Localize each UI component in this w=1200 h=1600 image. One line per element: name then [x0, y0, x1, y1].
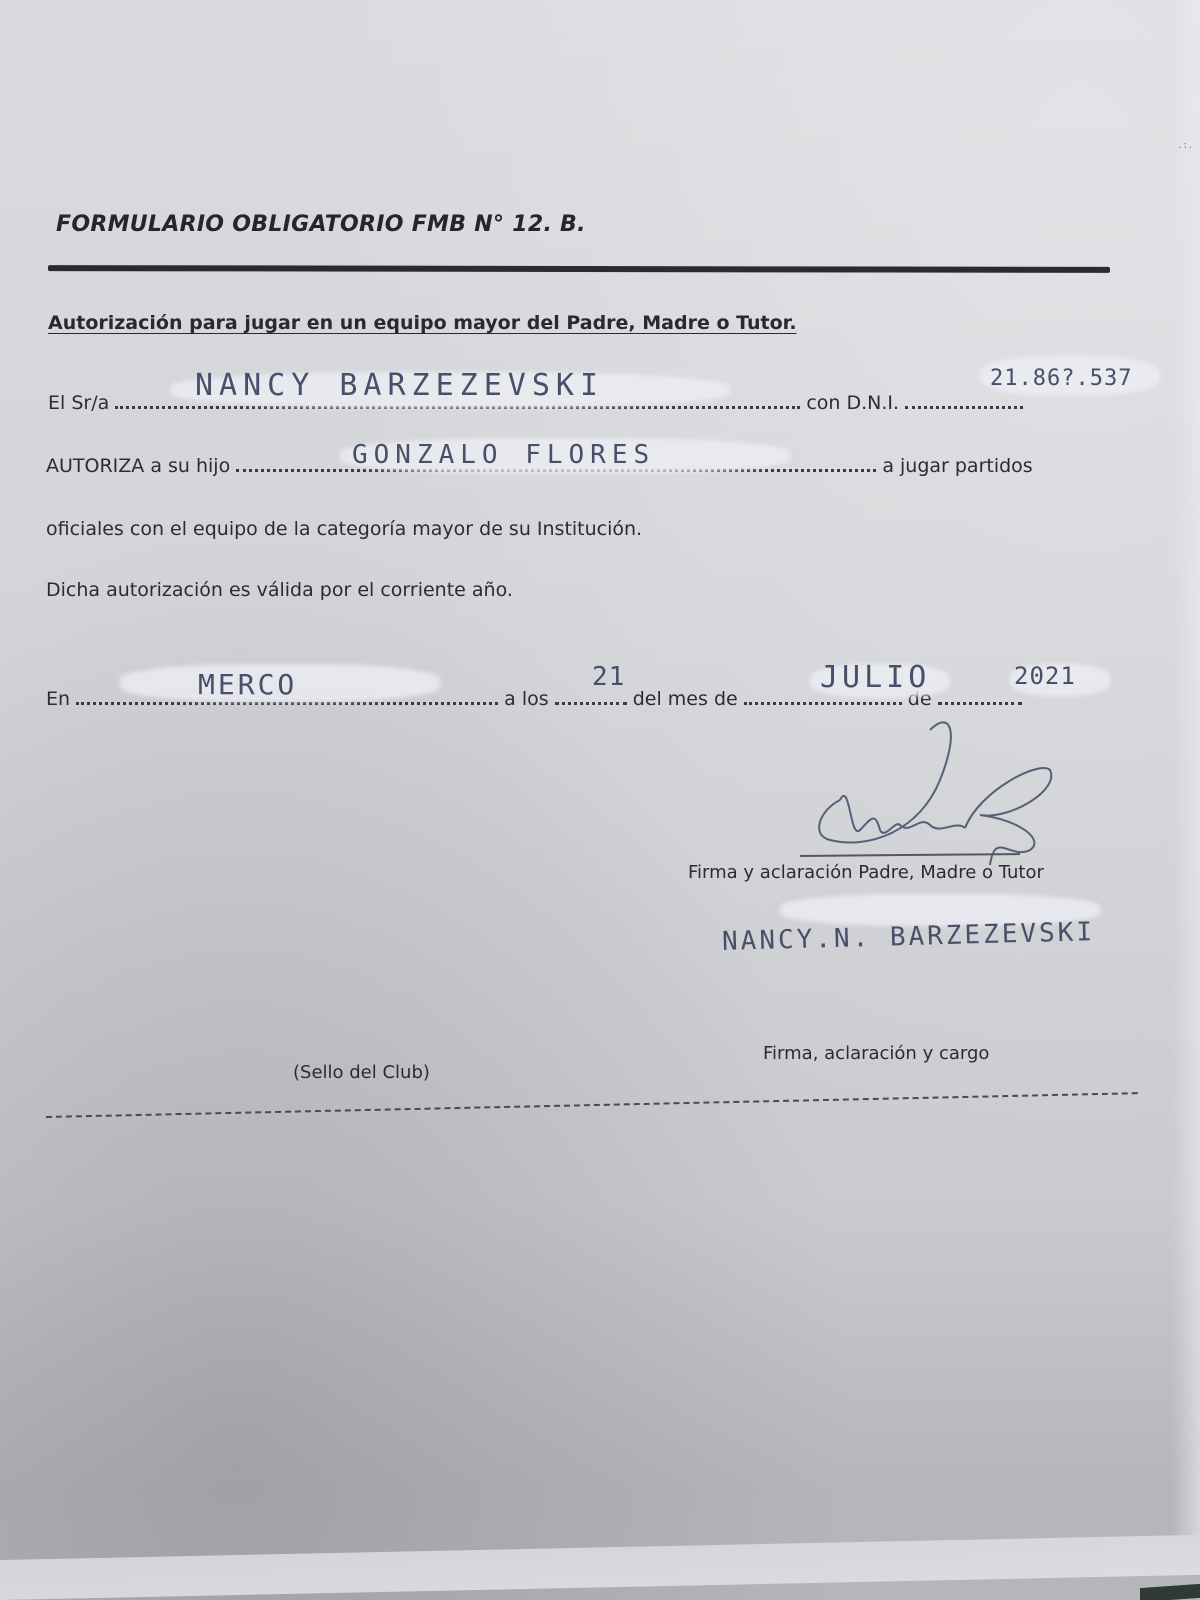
- requester-label: El Sr/a: [48, 392, 109, 414]
- handwritten-year: 2021: [1014, 662, 1076, 690]
- line-official-matches: oficiales con el equipo de la categoría …: [46, 518, 642, 540]
- parent-signature-label: Firma y aclaración Padre, Madre o Tutor: [688, 862, 1044, 883]
- club-signature-label: Firma, aclaración y cargo: [763, 1043, 989, 1064]
- month-label: del mes de: [633, 688, 738, 710]
- dni-field[interactable]: [905, 405, 1023, 409]
- club-stamp-label: (Sello del Club): [293, 1062, 430, 1083]
- place-label: En: [46, 688, 70, 710]
- day-field[interactable]: [555, 701, 627, 705]
- authorization-label: AUTORIZA a su hijo: [46, 455, 230, 477]
- parent-signature-scrawl: [780, 700, 1080, 870]
- play-label: a jugar partidos: [882, 455, 1032, 477]
- line-validity: Dicha autorización es válida por el corr…: [46, 579, 513, 601]
- form-subtitle: Autorización para jugar en un equipo may…: [48, 312, 797, 334]
- handwritten-month: JULIO: [820, 660, 930, 695]
- form-code-title: FORMULARIO OBLIGATORIO FMB N° 12. B.: [56, 212, 586, 237]
- handwritten-child-name: GONZALO FLORES: [352, 440, 655, 470]
- paper-right-edge: [1172, 0, 1200, 1560]
- dni-label: con D.N.I.: [806, 392, 899, 414]
- day-label: a los: [504, 688, 549, 710]
- margin-marks: .:.: [1178, 140, 1194, 151]
- handwritten-dni: 21.86?.537: [990, 366, 1132, 391]
- handwritten-place: MERCO: [198, 668, 297, 701]
- handwritten-requester-name: NANCY BARZEZEVSKI: [195, 368, 604, 403]
- handwritten-day: 21: [592, 662, 625, 692]
